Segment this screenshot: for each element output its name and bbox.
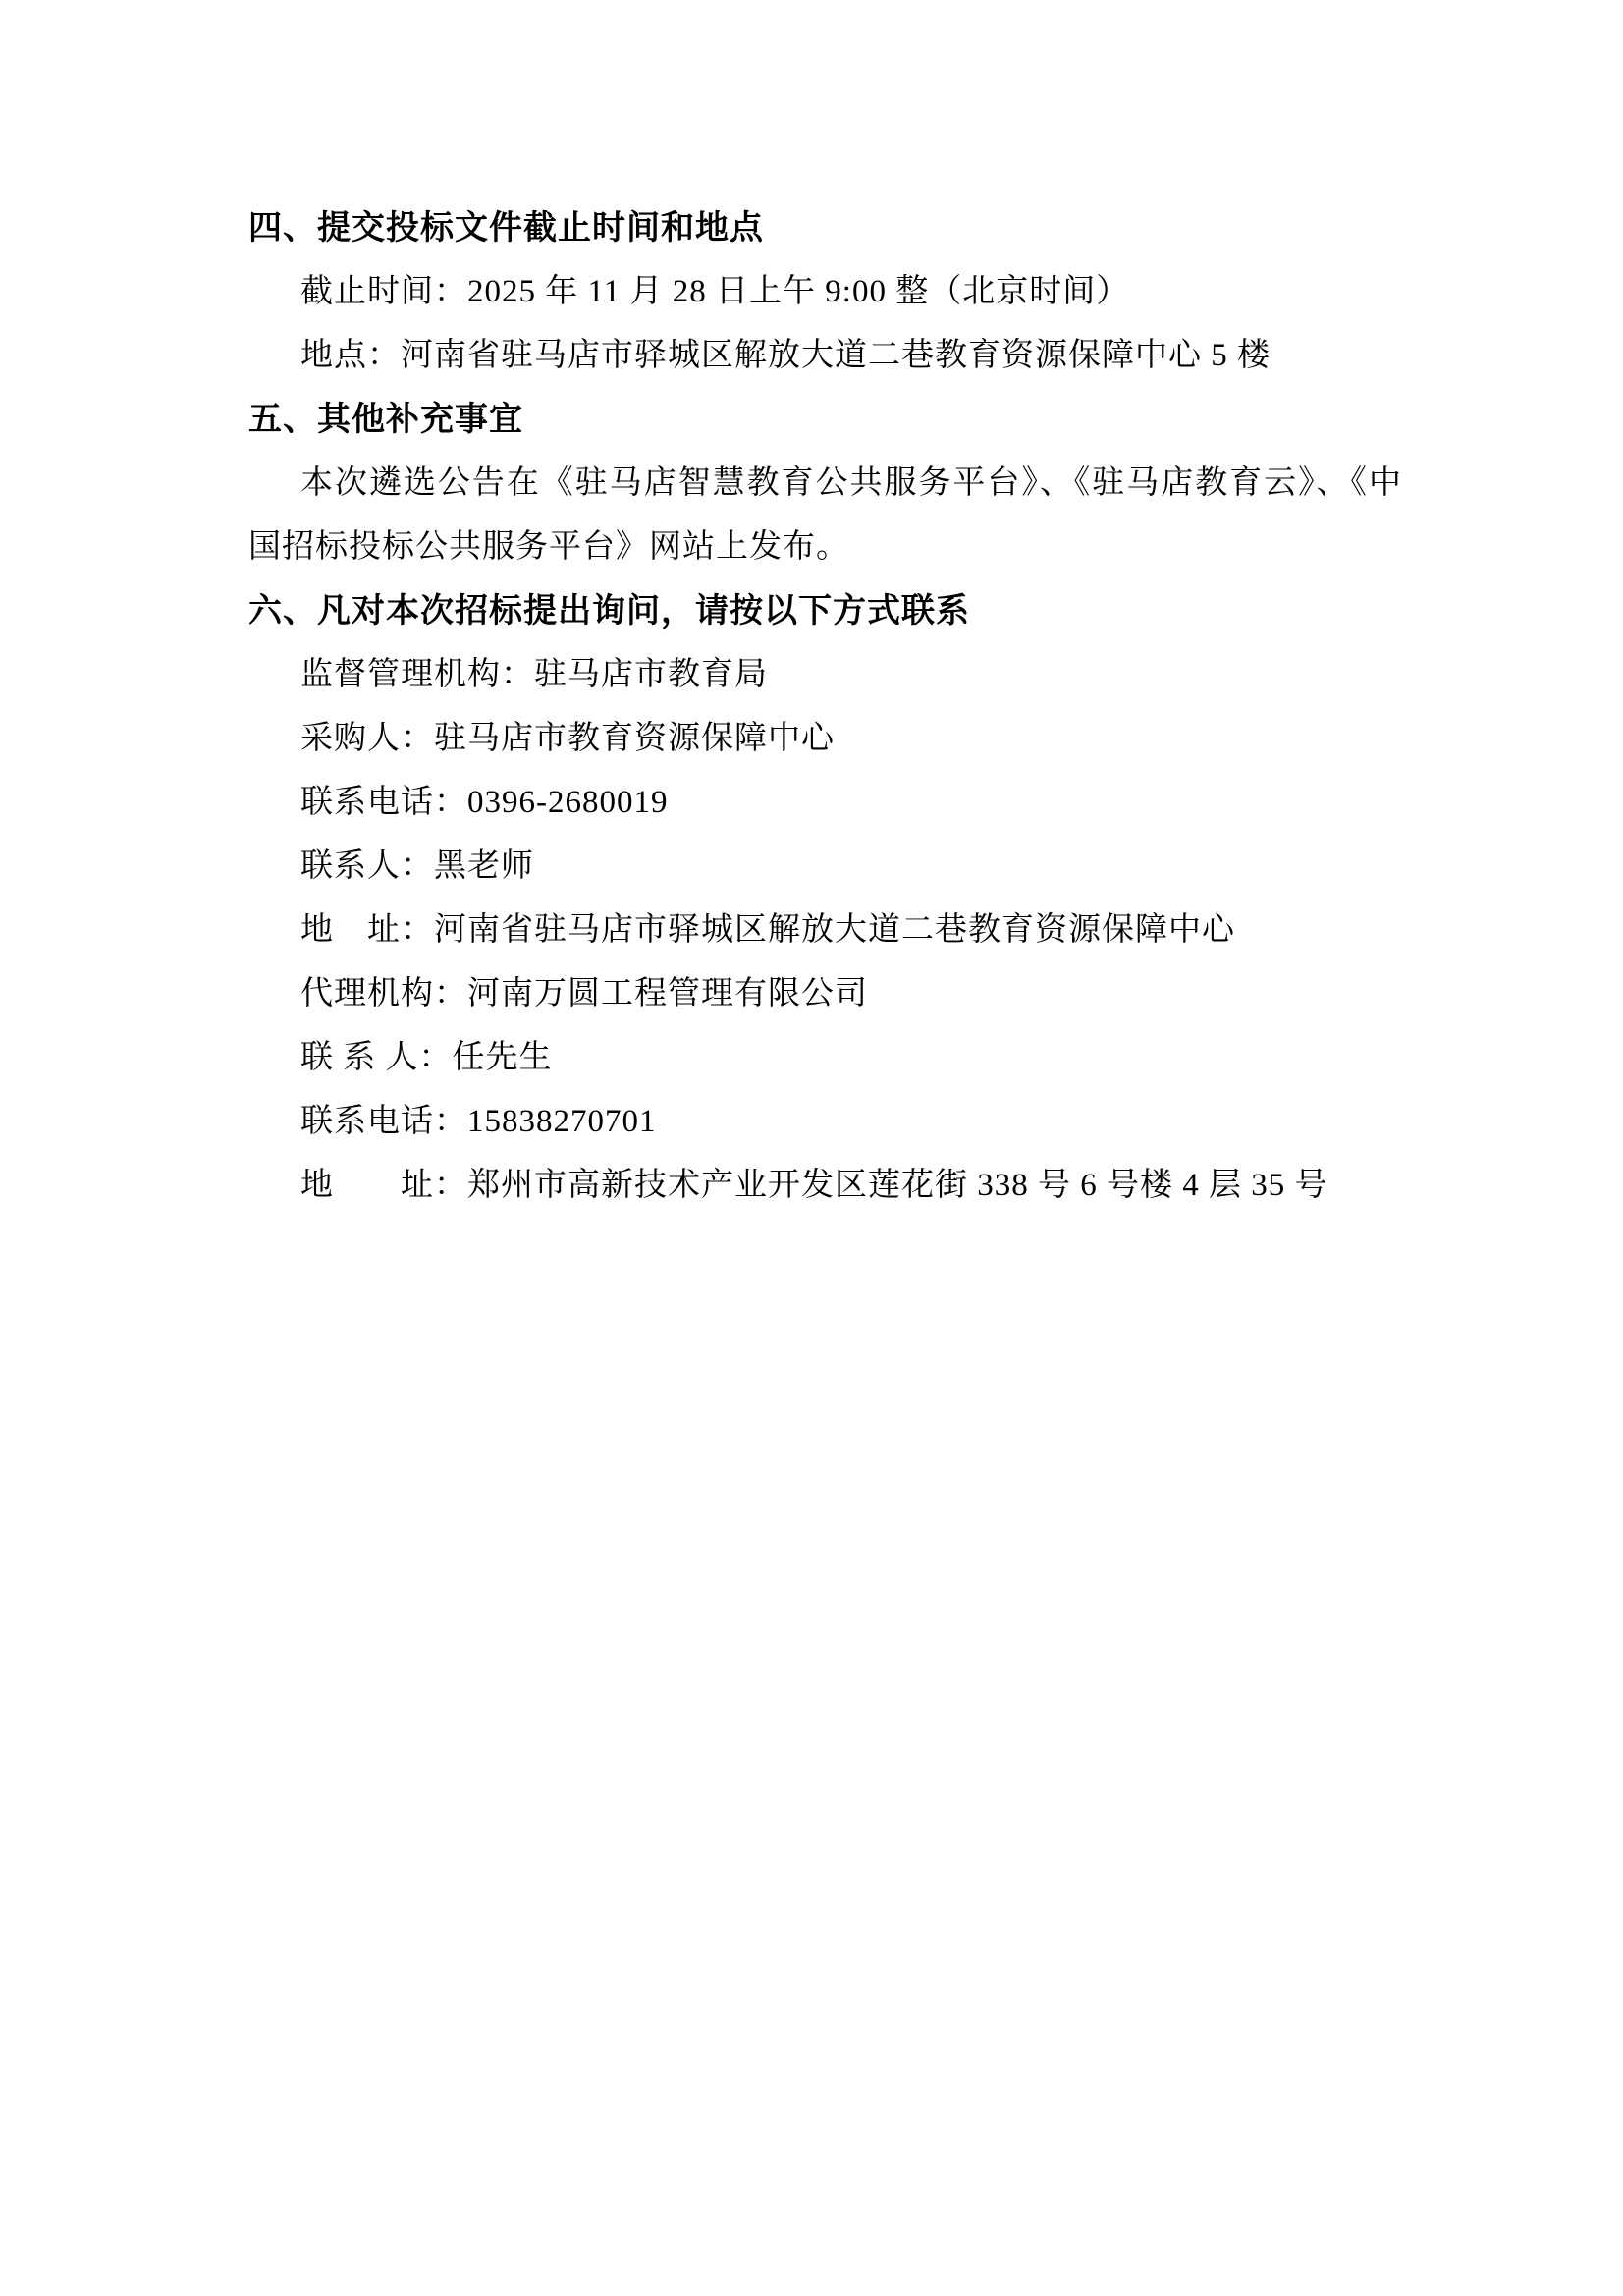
agency-line: 代理机构：河南万圆工程管理有限公司 [248,962,1402,1026]
agency-phone-line: 联系电话：15838270701 [248,1090,1402,1154]
purchaser-address-line: 地 址：河南省驻马店市驿城区解放大道二巷教育资源保障中心 [248,899,1402,962]
section-6-heading: 六、凡对本次招标提出询问，请按以下方式联系 [248,579,1402,643]
section-5-heading: 五、其他补充事宜 [248,388,1402,452]
document-content: 四、提交投标文件截止时间和地点 截止时间：2025 年 11 月 28 日上午 … [248,196,1402,1218]
purchaser-phone-line: 联系电话：0396-2680019 [248,771,1402,835]
purchaser-line: 采购人：驻马店市教育资源保障中心 [248,707,1402,771]
announcement-platforms-paragraph: 本次遴选公告在《驻马店智慧教育公共服务平台》、《驻马店教育云》、《中国招标投标公… [248,452,1402,579]
deadline-time-line: 截止时间：2025 年 11 月 28 日上午 9:00 整（北京时间） [248,260,1402,324]
agency-address-line: 地 址：郑州市高新技术产业开发区莲花街 338 号 6 号楼 4 层 35 号 [248,1154,1402,1218]
submission-location-line: 地点：河南省驻马店市驿城区解放大道二巷教育资源保障中心 5 楼 [248,324,1402,388]
agency-contact-person-line: 联 系 人：任先生 [248,1026,1402,1090]
supervisor-agency-line: 监督管理机构：驻马店市教育局 [248,643,1402,707]
document-page: 四、提交投标文件截止时间和地点 截止时间：2025 年 11 月 28 日上午 … [0,0,1623,2296]
section-4-heading: 四、提交投标文件截止时间和地点 [248,196,1402,260]
purchaser-contact-person-line: 联系人：黑老师 [248,835,1402,899]
